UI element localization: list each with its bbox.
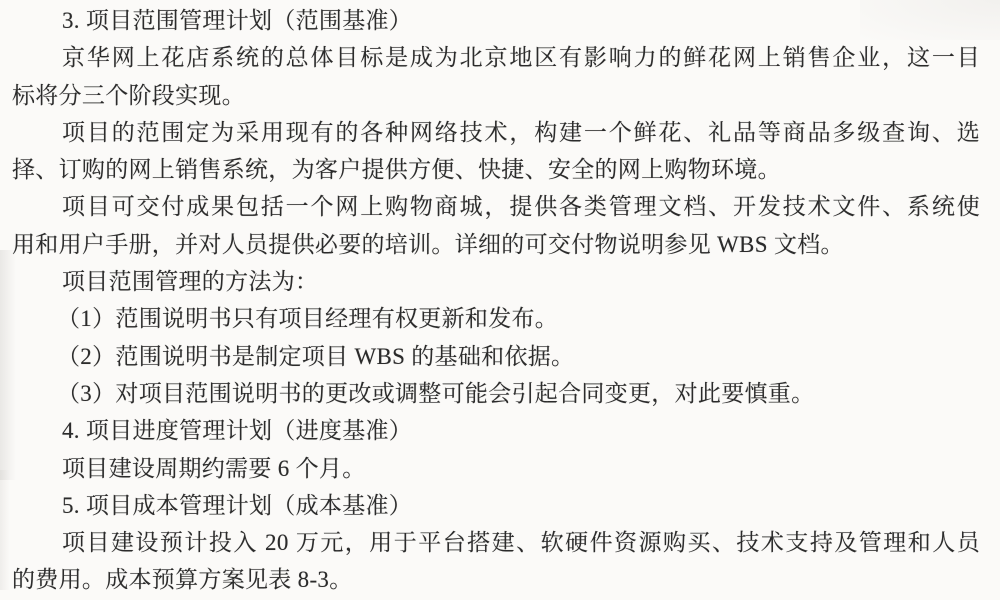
paragraph-line: 择、订购的网上销售系统，为客户提供方便、快捷、安全的网上购物环境。 bbox=[12, 151, 980, 188]
paragraph-line: 的费用。成本预算方案见表 8-3。 bbox=[12, 561, 980, 598]
section-heading: 3. 项目范围管理计划（范围基准） bbox=[12, 2, 980, 39]
paragraph-line: 项目的范围定为采用现有的各种网络技术，构建一个鲜花、礼品等商品多级查询、选 bbox=[12, 114, 980, 151]
paragraph-line: 项目建设预计投入 20 万元，用于平台搭建、软硬件资源购买、技术支持及管理和人员 bbox=[12, 524, 980, 561]
paragraph-line: 项目建设周期约需要 6 个月。 bbox=[12, 450, 980, 487]
paragraph-line: 用和用户手册，并对人员提供必要的培训。详细的可交付物说明参见 WBS 文档。 bbox=[12, 226, 980, 263]
list-item: （3）对项目范围说明书的更改或调整可能会引起合同变更，对此要慎重。 bbox=[12, 375, 980, 412]
document-page: 3. 项目范围管理计划（范围基准） 京华网上花店系统的总体目标是成为北京地区有影… bbox=[0, 0, 1000, 600]
list-item: （2）范围说明书是制定项目 WBS 的基础和依据。 bbox=[12, 338, 980, 375]
paragraph-line: 项目范围管理的方法为： bbox=[12, 263, 980, 300]
scan-shading bbox=[0, 470, 10, 590]
paragraph-line: 标将分三个阶段实现。 bbox=[12, 77, 980, 114]
paragraph-line: 京华网上花店系统的总体目标是成为北京地区有影响力的鲜花网上销售企业，这一目 bbox=[12, 39, 980, 76]
list-item: （1）范围说明书只有项目经理有权更新和发布。 bbox=[12, 300, 980, 337]
section-heading: 5. 项目成本管理计划（成本基准） bbox=[12, 487, 980, 524]
section-heading: 4. 项目进度管理计划（进度基准） bbox=[12, 412, 980, 449]
paragraph-line: 项目可交付成果包括一个网上购物商城，提供各类管理文档、开发技术文件、系统使 bbox=[12, 188, 980, 225]
